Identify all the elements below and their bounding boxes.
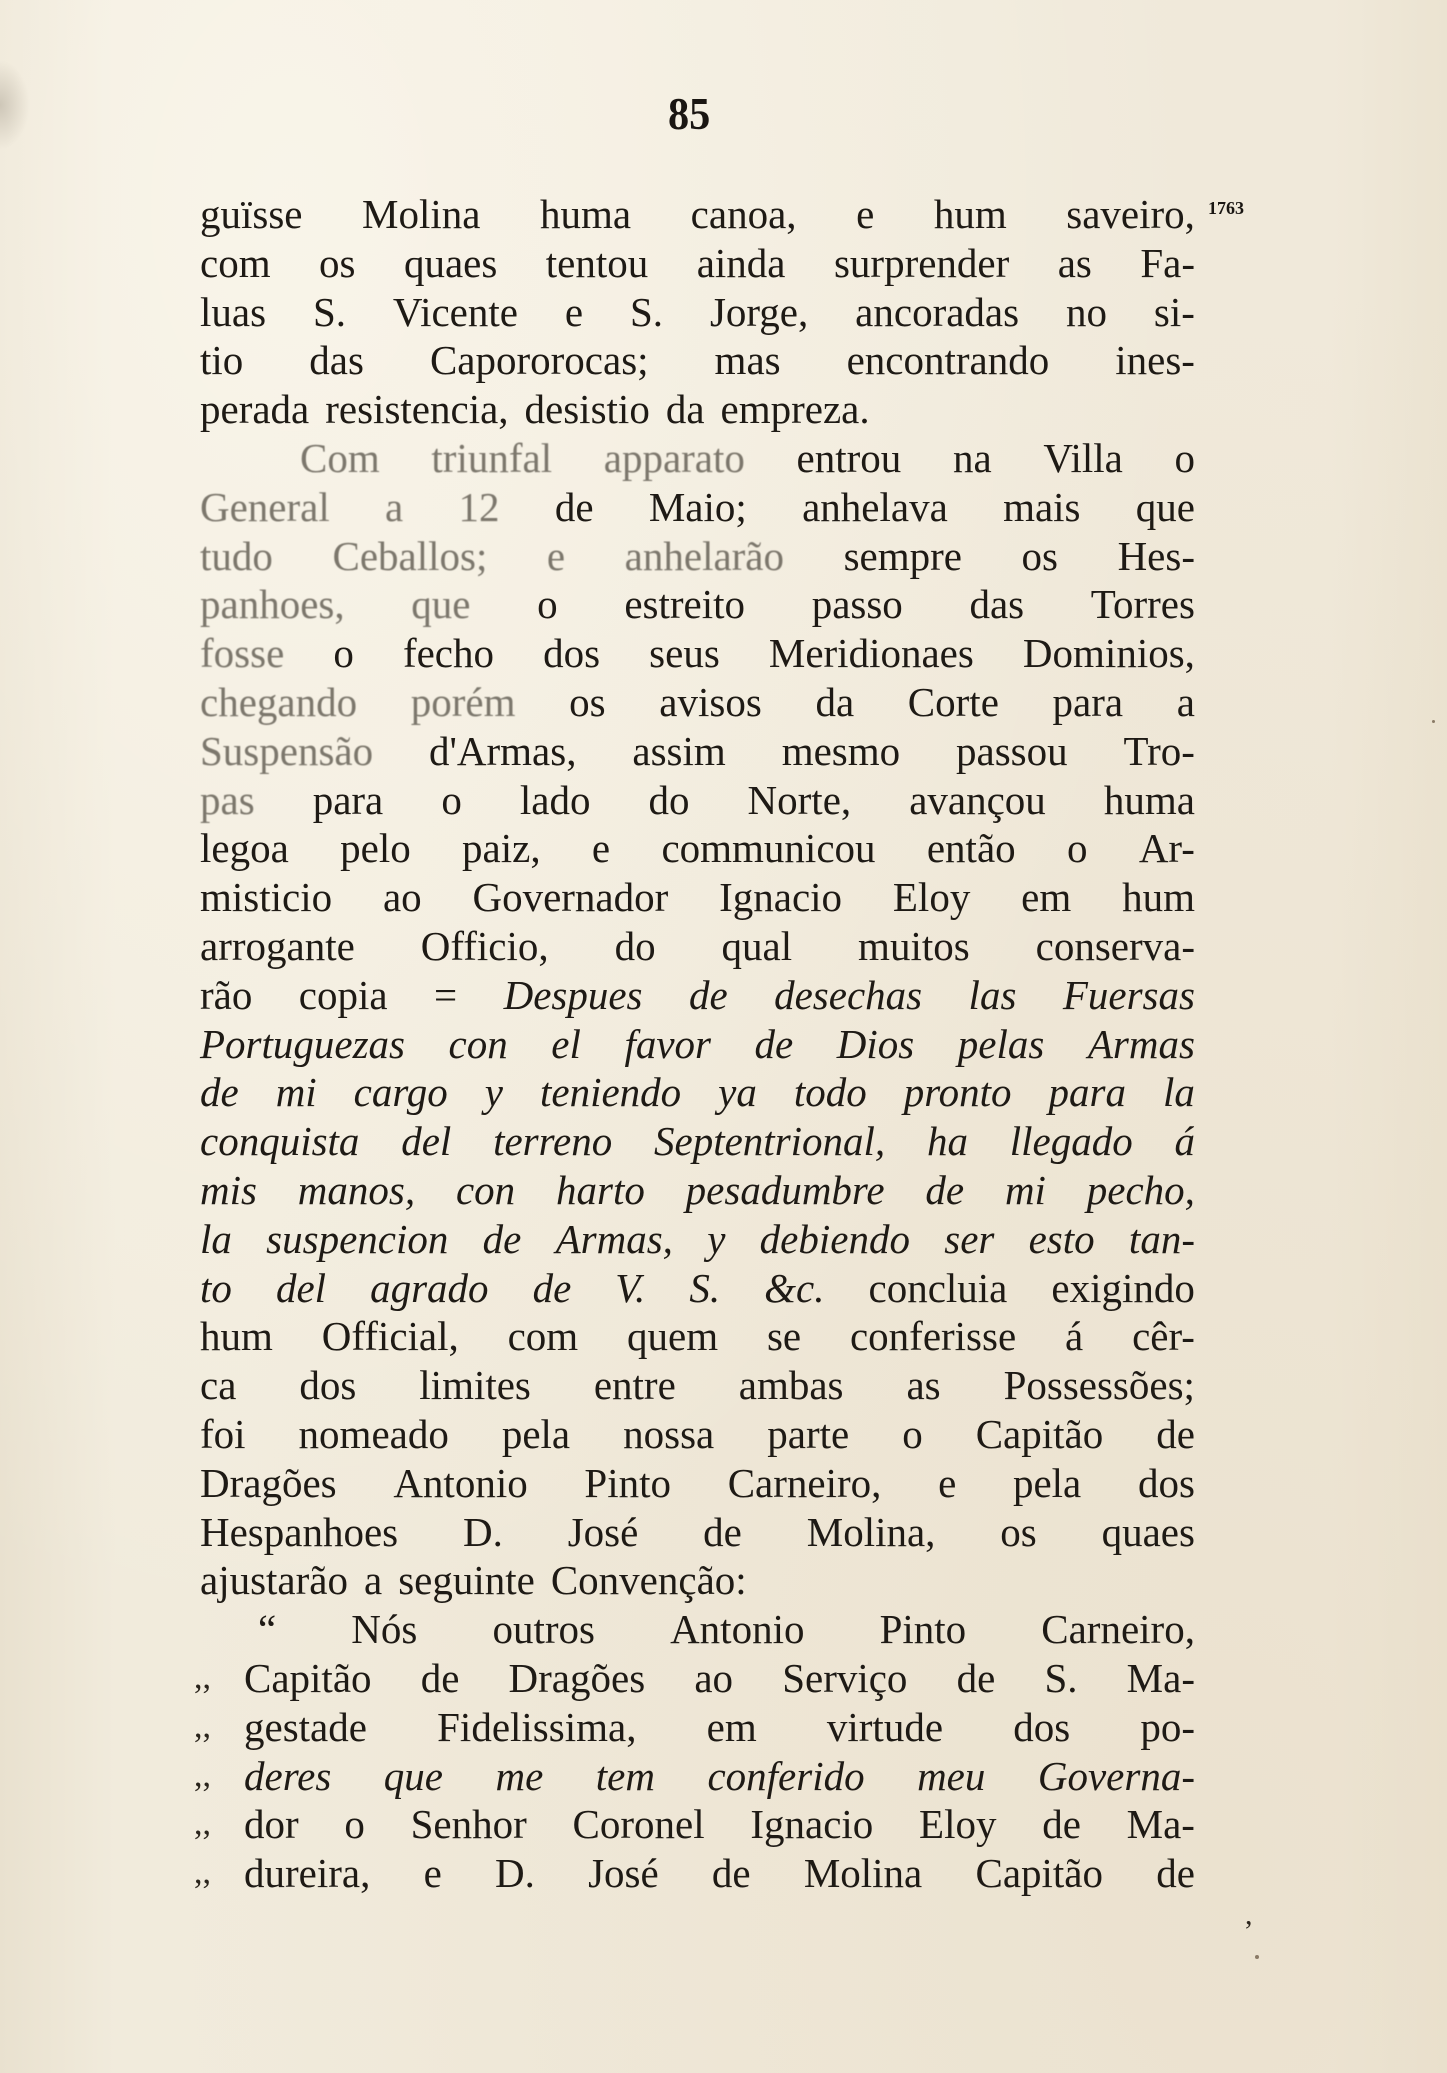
word: harto	[556, 1166, 645, 1215]
word: ancoradas	[855, 288, 1019, 337]
word: Capitão	[976, 1410, 1104, 1459]
word: D.	[463, 1508, 503, 1557]
word: Antonio	[670, 1605, 804, 1654]
word: Official,	[322, 1312, 459, 1361]
word: Capitão	[975, 1849, 1103, 1898]
word: del	[401, 1117, 451, 1166]
word: mi	[1005, 1166, 1046, 1215]
word: Dragões	[509, 1654, 646, 1703]
word: seguinte	[398, 1556, 535, 1605]
text-line: HespanhoesD.JosédeMolina,osquaes	[200, 1508, 1195, 1557]
word: Antonio	[393, 1459, 527, 1508]
word: porém	[411, 678, 516, 727]
text-line: Suspensãod'Armas,assimmesmopassouTro-	[200, 727, 1195, 776]
word: Senhor	[411, 1800, 527, 1849]
word: communicou	[661, 824, 875, 873]
word: la	[200, 1215, 232, 1264]
word: encontrando	[847, 336, 1050, 385]
word: do	[615, 922, 656, 971]
word: outros	[492, 1605, 595, 1654]
word: Serviço	[782, 1654, 907, 1703]
word: con	[449, 1020, 508, 1069]
word: llegado	[1010, 1117, 1133, 1166]
word: de	[483, 1215, 522, 1264]
paper-speck	[1432, 720, 1435, 723]
word: passou	[956, 727, 1068, 776]
word: ajustarão	[200, 1556, 348, 1605]
word: quaes	[1102, 1508, 1195, 1557]
word: Molina	[804, 1849, 922, 1898]
word: conferisse	[850, 1312, 1016, 1361]
word: dor	[244, 1800, 299, 1849]
word: resistencia,	[325, 385, 508, 434]
word: el	[551, 1020, 581, 1069]
word: me	[495, 1752, 543, 1801]
word: concluia	[869, 1264, 1008, 1313]
word: Despues	[504, 971, 643, 1020]
word: apparato	[604, 434, 745, 483]
word: Possessões;	[1004, 1361, 1195, 1410]
text-line: Generala12deMaio;anhelavamaisque	[200, 483, 1195, 532]
text-line: panhoes,queoestreitopassodasTorres	[200, 580, 1195, 629]
word: entrou	[797, 434, 902, 483]
word: esto	[1029, 1215, 1095, 1264]
word: Meridionaes	[769, 629, 974, 678]
book-page: 85 1763 guïsseMolinahumacanoa,ehumsaveir…	[0, 0, 1447, 2073]
text-line: foinomeadopelanossaparteoCapitãode	[200, 1410, 1195, 1459]
word: Capitão	[244, 1654, 372, 1703]
word: S.	[313, 288, 346, 337]
word: Corte	[908, 678, 999, 727]
word: para	[1049, 1068, 1126, 1117]
word: pela	[1013, 1459, 1081, 1508]
word: anhelava	[802, 483, 948, 532]
word: Com	[300, 434, 380, 483]
word: mas	[715, 336, 781, 385]
stray-mark: ,	[1245, 1898, 1253, 1932]
word: mi	[276, 1068, 317, 1117]
paper-stain	[0, 60, 30, 150]
word: ya	[718, 1068, 757, 1117]
word: S.	[630, 288, 663, 337]
word: misticio	[200, 873, 332, 922]
word: S.	[1044, 1654, 1077, 1703]
paper-speck	[1255, 1955, 1259, 1959]
word: Molina,	[807, 1508, 936, 1557]
word: gestade	[244, 1703, 367, 1752]
text-line: peradaresistencia,desistiodaempreza.	[200, 385, 1195, 434]
word: del	[276, 1264, 326, 1313]
word: Dragões	[200, 1459, 337, 1508]
word: cargo	[354, 1068, 448, 1117]
quotation-continuation-mark: ,,	[194, 1654, 211, 1703]
word: Ar-	[1139, 824, 1195, 873]
word: conquista	[200, 1117, 359, 1166]
word: conferido	[707, 1752, 864, 1801]
word: mis	[200, 1166, 257, 1215]
word: todo	[794, 1068, 867, 1117]
word: e	[424, 1849, 442, 1898]
word: lado	[520, 776, 591, 825]
word: po-	[1140, 1703, 1195, 1752]
word: Villa	[1043, 434, 1123, 483]
word: Dominios,	[1023, 629, 1195, 678]
text-line: ComtriunfalapparatoentrounaVillao	[200, 434, 1195, 483]
word: V.	[615, 1264, 645, 1313]
text-line: ,,doroSenhorCoronelIgnacioEloydeMa-	[200, 1800, 1195, 1849]
word: empreza.	[721, 385, 870, 434]
word: hum	[934, 190, 1007, 239]
word: Fidelissima,	[437, 1703, 636, 1752]
word: =	[434, 971, 457, 1020]
text-line: ajustarãoaseguinteConvenção:	[200, 1556, 1195, 1605]
word: com	[200, 239, 271, 288]
word: Pinto	[584, 1459, 671, 1508]
word: e	[938, 1459, 956, 1508]
word: Governa-	[1038, 1752, 1195, 1801]
margin-year-note: 1763	[1208, 196, 1244, 220]
word: entre	[594, 1361, 676, 1410]
word: Armas	[1088, 1020, 1195, 1069]
word: tan-	[1129, 1215, 1195, 1264]
word: Hespanhoes	[200, 1508, 398, 1557]
word: Tro-	[1124, 727, 1195, 776]
word: então	[927, 824, 1016, 873]
word: ser	[944, 1215, 994, 1264]
text-line: humOfficial,comquemseconferisseácêr-	[200, 1312, 1195, 1361]
word: muitos	[858, 922, 970, 971]
word: anhelarão	[625, 532, 784, 581]
word: se	[767, 1312, 801, 1361]
word: tudo	[200, 532, 273, 581]
word: de	[1156, 1849, 1195, 1898]
word: de	[421, 1654, 460, 1703]
word: de	[925, 1166, 964, 1215]
word: fosse	[200, 629, 284, 678]
word: tio	[200, 336, 243, 385]
word: fecho	[403, 629, 494, 678]
word: huma	[1104, 776, 1195, 825]
text-line: tudoCeballos;eanhelarãosempreosHes-	[200, 532, 1195, 581]
word: hum	[1122, 873, 1195, 922]
word: Vicente	[393, 288, 518, 337]
word: &c.	[764, 1264, 824, 1313]
word: panhoes,	[200, 580, 345, 629]
word: de	[1156, 1410, 1195, 1459]
word: Eloy	[893, 873, 970, 922]
word: nomeado	[299, 1410, 449, 1459]
word: 12	[459, 483, 500, 532]
word: pelas	[958, 1020, 1045, 1069]
word: exigindo	[1051, 1264, 1194, 1313]
word: estreito	[624, 580, 745, 629]
word: que	[1136, 483, 1195, 532]
word: huma	[540, 190, 631, 239]
text-line: ,,deresquemetemconferidomeuGoverna-	[200, 1752, 1195, 1801]
word: saveiro,	[1066, 190, 1195, 239]
word: avisos	[659, 678, 762, 727]
word: José	[588, 1849, 659, 1898]
text-line: rãocopia=DespuesdedesechaslasFuersas	[200, 971, 1195, 1020]
word: o	[441, 776, 462, 825]
word: que	[384, 1752, 443, 1801]
word: dos	[299, 1361, 356, 1410]
text-line: ,,CapitãodeDragõesaoServiçodeS.Ma-	[200, 1654, 1195, 1703]
text-line: arroganteOfficio,doqualmuitosconserva-	[200, 922, 1195, 971]
word: ao	[694, 1654, 733, 1703]
word: Pinto	[880, 1605, 967, 1654]
word: si-	[1154, 288, 1195, 337]
word: Convenção:	[551, 1556, 747, 1605]
text-line: DragõesAntonioPintoCarneiro,epelados	[200, 1459, 1195, 1508]
word: na	[953, 434, 992, 483]
text-line: cadoslimitesentreambasasPossessões;	[200, 1361, 1195, 1410]
word: de	[755, 1020, 794, 1069]
word: os	[1022, 532, 1058, 581]
word: pelo	[340, 824, 411, 873]
page-number: 85	[668, 88, 710, 140]
word: pecho,	[1087, 1166, 1195, 1215]
word: terreno	[493, 1117, 612, 1166]
word: canoa,	[691, 190, 797, 239]
word: guïsse	[200, 190, 303, 239]
word: debiendo	[760, 1215, 910, 1264]
word: Armas,	[556, 1215, 673, 1264]
word: meu	[917, 1752, 985, 1801]
word: avançou	[909, 776, 1046, 825]
word: de	[533, 1264, 572, 1313]
word: seus	[649, 629, 720, 678]
word: quem	[627, 1312, 718, 1361]
word: o	[537, 580, 558, 629]
word: Ma-	[1127, 1654, 1195, 1703]
word: Ceballos;	[332, 532, 487, 581]
word: da	[815, 678, 854, 727]
word: arrogante	[200, 922, 355, 971]
text-line: chegandoporémosavisosdaCorteparaa	[200, 678, 1195, 727]
word: Jorge,	[710, 288, 808, 337]
quotation-continuation-mark: ,,	[194, 1849, 211, 1898]
text-line: conquistadelterrenoSeptentrional,hallega…	[200, 1117, 1195, 1166]
word: Fuersas	[1063, 971, 1195, 1020]
text-line: guïsseMolinahumacanoa,ehumsaveiro,	[200, 190, 1195, 239]
word: Dios	[837, 1020, 914, 1069]
word: to	[200, 1264, 232, 1313]
text-line: mismanos,conhartopesadumbredemipecho,	[200, 1166, 1195, 1215]
text-line: legoapelopaiz,ecommunicouentãooAr-	[200, 824, 1195, 873]
word: a	[1177, 678, 1195, 727]
word: copia	[299, 971, 388, 1020]
word: mesmo	[782, 727, 900, 776]
word: as	[906, 1361, 940, 1410]
word: D.	[495, 1849, 535, 1898]
word: manos,	[298, 1166, 415, 1215]
text-line: “NósoutrosAntonioPintoCarneiro,	[200, 1605, 1195, 1654]
word: ainda	[697, 239, 786, 288]
word: Suspensão	[200, 727, 373, 776]
word: virtude	[827, 1703, 943, 1752]
word: ines-	[1115, 336, 1195, 385]
word: de	[689, 971, 728, 1020]
quotation-continuation-mark: ,,	[194, 1703, 211, 1752]
word: pas	[200, 776, 255, 825]
word: Capororocas;	[430, 336, 649, 385]
word: o	[344, 1800, 365, 1849]
word: Ignacio	[719, 873, 842, 922]
word: chegando	[200, 678, 357, 727]
text-line: ,,gestadeFidelissima,emvirtudedospo-	[200, 1703, 1195, 1752]
word: de	[957, 1654, 996, 1703]
word: parte	[767, 1410, 849, 1459]
text-line: demicargoyteniendoyatodoprontoparala	[200, 1068, 1195, 1117]
word: de	[200, 1068, 239, 1117]
text-line: PortuguezasconelfavordeDiospelasArmas	[200, 1020, 1195, 1069]
word: la	[1163, 1068, 1195, 1117]
text-line: ,,dureira,eD.JosédeMolinaCapitãode	[200, 1849, 1195, 1898]
word: para	[313, 776, 384, 825]
word: que	[411, 580, 470, 629]
word: tem	[596, 1752, 655, 1801]
text-line: fosseofechodosseusMeridionaesDominios,	[200, 629, 1195, 678]
word: da	[666, 385, 705, 434]
quotation-continuation-mark: ,,	[194, 1752, 211, 1801]
word: passo	[812, 580, 903, 629]
word: para	[1053, 678, 1124, 727]
word: Portuguezas	[200, 1020, 405, 1069]
word: o	[1067, 824, 1088, 873]
word: o	[1175, 434, 1196, 483]
word: Ma-	[1127, 1800, 1195, 1849]
word: y	[707, 1215, 725, 1264]
word: ha	[927, 1117, 968, 1166]
word: ao	[383, 873, 422, 922]
word: conserva-	[1036, 922, 1195, 971]
word: pesadumbre	[686, 1166, 885, 1215]
word: Molina	[362, 190, 480, 239]
word: teniendo	[540, 1068, 681, 1117]
word: de	[555, 483, 594, 532]
word: mais	[1003, 483, 1080, 532]
word: y	[485, 1068, 503, 1117]
word: ambas	[739, 1361, 844, 1410]
word: os	[319, 239, 355, 288]
word: las	[969, 971, 1017, 1020]
word: dos	[543, 629, 600, 678]
word: General	[200, 483, 330, 532]
word: d'Armas,	[429, 727, 576, 776]
word: qual	[722, 922, 793, 971]
word: “	[258, 1605, 276, 1654]
word: suspencion	[266, 1215, 448, 1264]
word: Eloy	[919, 1800, 996, 1849]
word: quaes	[404, 239, 497, 288]
word: cêr-	[1132, 1312, 1195, 1361]
word: em	[707, 1703, 757, 1752]
word: Officio,	[421, 922, 549, 971]
word: rão	[200, 971, 252, 1020]
word: favor	[624, 1020, 711, 1069]
word: S.	[689, 1264, 720, 1313]
word: a	[364, 1556, 382, 1605]
word: e	[547, 532, 565, 581]
word: paiz,	[462, 824, 541, 873]
word: legoa	[200, 824, 289, 873]
text-line: comosquaestentouaindasurprenderasFa-	[200, 239, 1195, 288]
word: surprender	[834, 239, 1009, 288]
word: das	[309, 336, 364, 385]
word: tentou	[546, 239, 648, 288]
word: Fa-	[1140, 239, 1195, 288]
word: das	[969, 580, 1024, 629]
word: Norte,	[748, 776, 852, 825]
word: Hes-	[1118, 532, 1195, 581]
word: Ignacio	[750, 1800, 873, 1849]
text-line: pasparaoladodoNorte,avançouhuma	[200, 776, 1195, 825]
word: agrado	[370, 1264, 488, 1313]
word: os	[1000, 1508, 1036, 1557]
word: dos	[1138, 1459, 1195, 1508]
text-line: todelagradodeV.S.&c.concluiaexigindo	[200, 1264, 1195, 1313]
word: e	[592, 824, 610, 873]
body-text: guïsseMolinahumacanoa,ehumsaveiro,comosq…	[200, 190, 1195, 1898]
word: pela	[502, 1410, 570, 1459]
word: as	[1058, 239, 1092, 288]
word: o	[902, 1410, 923, 1459]
text-line: luasS.VicenteeS.Jorge,ancoradasnosi-	[200, 288, 1195, 337]
word: triunfal	[431, 434, 552, 483]
word: sempre	[844, 532, 962, 581]
word: Carneiro,	[728, 1459, 882, 1508]
word: de	[703, 1508, 742, 1557]
text-line: tiodasCapororocas;masencontrandoines-	[200, 336, 1195, 385]
word: Torres	[1091, 580, 1195, 629]
word: Governador	[472, 873, 668, 922]
word: assim	[632, 727, 725, 776]
word: em	[1021, 873, 1071, 922]
word: Maio;	[649, 483, 747, 532]
word: desistio	[525, 385, 650, 434]
word: nossa	[623, 1410, 714, 1459]
word: perada	[200, 385, 309, 434]
word: o	[333, 629, 354, 678]
word: dureira,	[244, 1849, 370, 1898]
word: do	[649, 776, 690, 825]
word: limites	[419, 1361, 531, 1410]
word: com	[508, 1312, 579, 1361]
text-line: misticioaoGovernadorIgnacioEloyemhum	[200, 873, 1195, 922]
word: Carneiro,	[1041, 1605, 1195, 1654]
word: hum	[200, 1312, 273, 1361]
word: e	[565, 288, 583, 337]
word: Nós	[351, 1605, 417, 1654]
word: a	[385, 483, 403, 532]
word: deres	[244, 1752, 331, 1801]
word: Septentrional,	[654, 1117, 885, 1166]
word: á	[1065, 1312, 1083, 1361]
text-line: lasuspenciondeArmas,ydebiendoserestotan-	[200, 1215, 1195, 1264]
word: Coronel	[573, 1800, 705, 1849]
word: José	[568, 1508, 639, 1557]
word: de	[1042, 1800, 1081, 1849]
word: foi	[200, 1410, 246, 1459]
word: con	[456, 1166, 515, 1215]
word: no	[1066, 288, 1107, 337]
word: os	[569, 678, 605, 727]
word: ca	[200, 1361, 236, 1410]
word: luas	[200, 288, 266, 337]
word: desechas	[774, 971, 922, 1020]
word: de	[712, 1849, 751, 1898]
